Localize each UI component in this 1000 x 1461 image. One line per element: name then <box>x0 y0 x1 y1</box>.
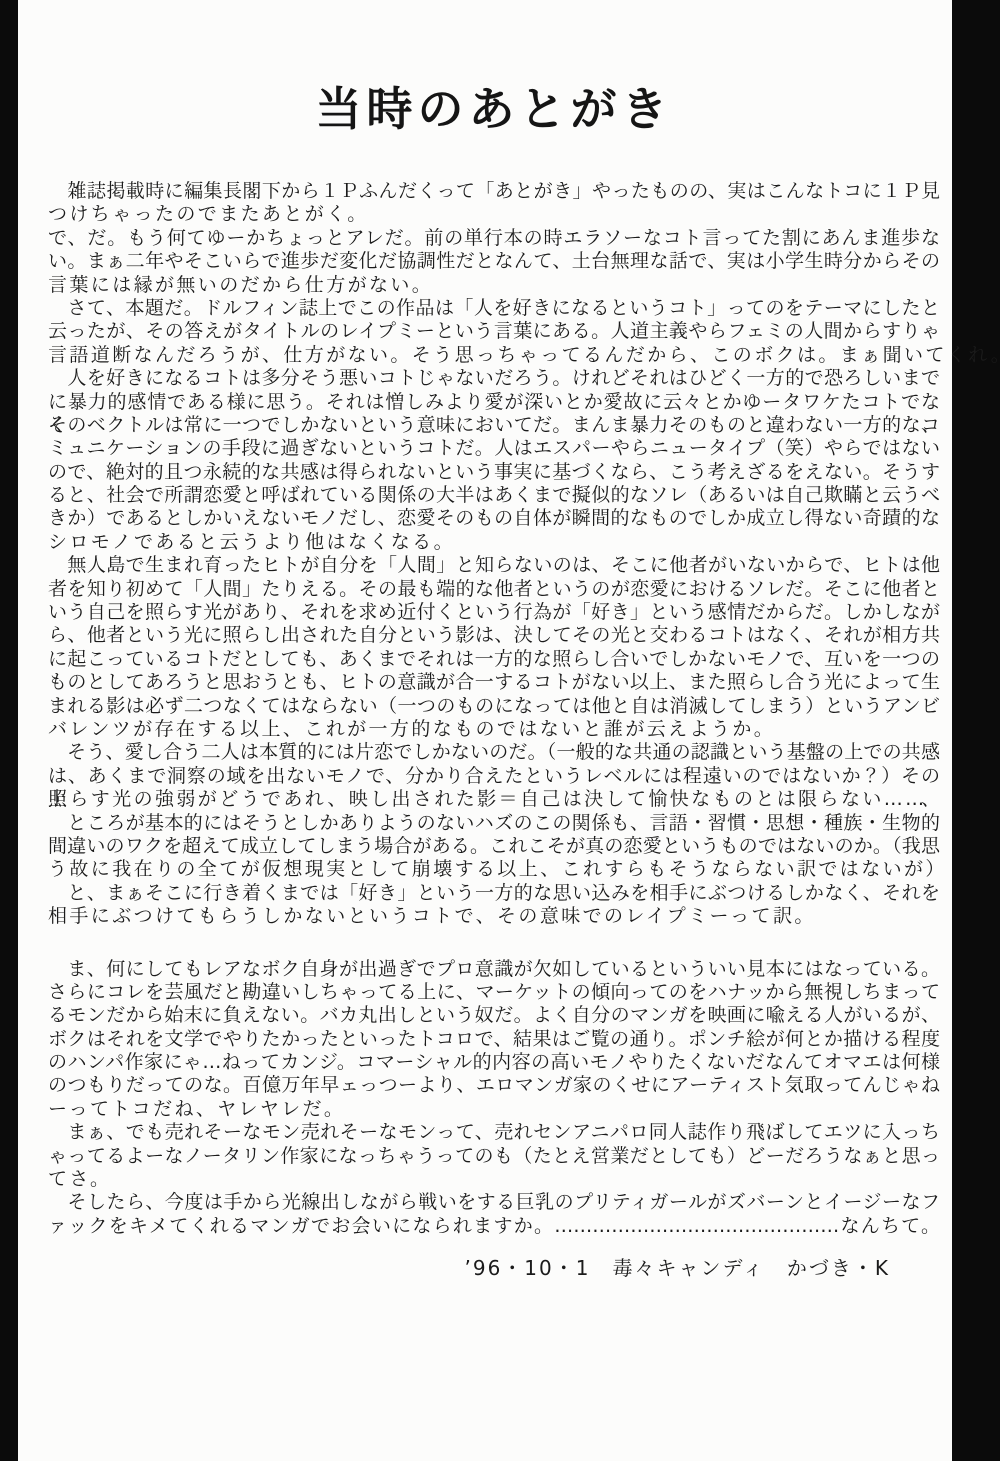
text-line: 間違いのワクを超えて成立してしまう場合がある。これこそが真の恋愛というものではな… <box>48 835 940 858</box>
paper: 当時のあとがき 雑誌掲載時に編集長閣下から１Ｐふんだくって「あとがき」やったもの… <box>18 0 952 1461</box>
text-line: う故に我在りの全てが仮想現実として崩壊する以上、これすらもそうならない訳ではない… <box>48 858 940 881</box>
text-line: ミュニケーションの手段に過ぎないというコトだ。人はエスパーやらニュータイプ（笑）… <box>48 437 940 460</box>
text-line: 言語道断なんだろうが、仕方がない。そう思っちゃってるんだから、このボクは。まぁ聞… <box>48 344 940 367</box>
text-line: ものとしてあろうと思おうとも、ヒトの意識が合一するコトがない以上、また照らし合う… <box>48 671 940 694</box>
text-line: ーってトコだね、ヤレヤレだ。 <box>48 1098 940 1121</box>
text-line: 雑誌掲載時に編集長閣下から１Ｐふんだくって「あとがき」やったものの、実はこんなト… <box>48 180 940 203</box>
text-line: シロモノであると云うより他はなくなる。 <box>48 531 940 554</box>
page-title: 当時のあとがき <box>48 73 940 139</box>
body-text: 雑誌掲載時に編集長閣下から１Ｐふんだくって「あとがき」やったものの、実はこんなト… <box>48 180 940 1238</box>
text-line: 照らす光の強弱がどうであれ、映し出された影＝自己は決して愉快なものとは限らない…… <box>48 788 940 811</box>
text-line: さらにコレを芸風だと勘違いしちゃってる上に、マーケットの傾向ってのをハナッから無… <box>48 981 940 1004</box>
text-line: 者を知り初めて「人間」たりえる。その最も端的な他者というのが恋愛におけるソレだ。… <box>48 578 940 601</box>
text-line: は、あくまで洞察の域を出ないモノで、分かり合えたというレベルには程遠いのではない… <box>48 765 940 788</box>
text-line: ま、何にしてもレアなボク自身が出過ぎでプロ意識が欠如しているといういい見本にはな… <box>48 958 940 981</box>
text-line: まれる影は必ず二つなくてはならない（一つのものになっては他と自は消滅してしまう）… <box>48 695 940 718</box>
scanned-afterword-page: 当時のあとがき 雑誌掲載時に編集長閣下から１Ｐふんだくって「あとがき」やったもの… <box>0 0 1000 1461</box>
text-line: きか）であるとしかいえないモノだし、恋愛そのもの自体が瞬間的なものでしか成立し得… <box>48 507 940 530</box>
signature-line: ’96・10・1 毒々キャンディ かづき・K <box>48 1252 890 1281</box>
text-line: ボクはそれを文学でやりたかったといったトコロで、結果はご覧の通り。ポンチ絵が何と… <box>48 1028 940 1051</box>
text-line: 人を好きになるコトは多分そう悪いコトじゃないだろう。けれどそれはひどく一方的で恐… <box>48 367 940 390</box>
text-line: バレンツが存在する以上、これが一方的なものではないと誰が云えようか。 <box>48 718 940 741</box>
scan-border-left <box>0 0 18 1461</box>
text-line: ところが基本的にはそうとしかありようのないハズのこの関係も、言語・習慣・思想・種… <box>48 812 940 835</box>
text-line: い。まぁ二年やそこいらで進歩だ変化だ協調性だとなんて、土台無理な話で、実は小学生… <box>48 250 940 273</box>
text-line: ら、他者という光に照らし出された自分という影は、決してその光と交わるコトはなく、… <box>48 624 940 647</box>
text-line: いう自己を照らす光があり、それを求め近付くという行為が「好き」という感情だからだ… <box>48 601 940 624</box>
text-line: で、だ。もう何てゆーかちょっとアレだ。前の単行本の時エラソーなコト言ってた割にあ… <box>48 227 940 250</box>
text-line: そしたら、今度は手から光線出しながら戦いをする巨乳のプリティガールがズバーンとイ… <box>48 1191 940 1214</box>
text-line: つけちゃったのでまたあとがく。 <box>48 203 940 226</box>
text-line: 相手にぶつけてもらうしかないというコトで、その意味でのレイプミーって訳。 <box>48 905 940 928</box>
text-line: てさ。 <box>48 1168 940 1191</box>
text-line: さて、本題だ。ドルフィン誌上でこの作品は「人を好きになるというコト」ってのをテー… <box>48 297 940 320</box>
emphasized-text: 分かり合えた <box>405 765 524 787</box>
text-line: ると、社会で所謂恋愛と呼ばれている関係の大半はあくまで擬似的なソレ（あるいは自己… <box>48 484 940 507</box>
text-line: そう、愛し合う二人は本質的には片恋でしかないのだ。（一般的な共通の認識という基盤… <box>48 741 940 764</box>
text-line: ので、絶対的且つ永続的な共感は得られないという事実に基づくなら、こう考えざるをえ… <box>48 461 940 484</box>
text-line: ゃってるよーなノータリン作家になっちゃうってのも（たとえ営業だとしても）どーだろ… <box>48 1145 940 1168</box>
text-line: に暴力的感情である様に思う。それは憎しみより愛が深いとか愛故に云々とかゆータワケ… <box>48 391 940 414</box>
text-line: 無人島で生まれ育ったヒトが自分を「人間」と知らないのは、そこに他者がいないからで… <box>48 554 940 577</box>
text-line: のハンパ作家にゃ…ねってカンジ。コマーシャル的内容の高いモノやりたくないだなんて… <box>48 1051 940 1074</box>
text-line: に起こっているコトだとしても、あくまでそれは一方的な照らし合いでしかないモノで、… <box>48 648 940 671</box>
text-line: まぁ、でも売れそーなモン売れそーなモンって、売れセンアニパロ同人誌作り飛ばしてエ… <box>48 1121 940 1144</box>
text-line: そのベクトルは常に一つでしかないという意味においてだ。まんま暴力そのものと違わな… <box>48 414 940 437</box>
text-line: 言葉には縁が無いのだから仕方がない。 <box>48 274 940 297</box>
text-line: のつもりだってのな。百億万年早ェっつーより、エロマンガ家のくせにアーティスト気取… <box>48 1074 940 1097</box>
text-line: 云ったが、その答えがタイトルのレイプミーという言葉にある。人道主義やらフェミの人… <box>48 320 940 343</box>
text-line: と、まぁそこに行き着くまでは「好き」という一方的な思い込みを相手にぶつけるしかな… <box>48 882 940 905</box>
text-line: ァックをキメてくれるマンガでお会いになられますか。………………………………………… <box>48 1215 940 1238</box>
text-line: るモンだから始末に負えない。バカ丸出しという奴だ。よく自分のマンガを映画に喩える… <box>48 1004 940 1027</box>
scan-border-right <box>952 0 1000 1461</box>
